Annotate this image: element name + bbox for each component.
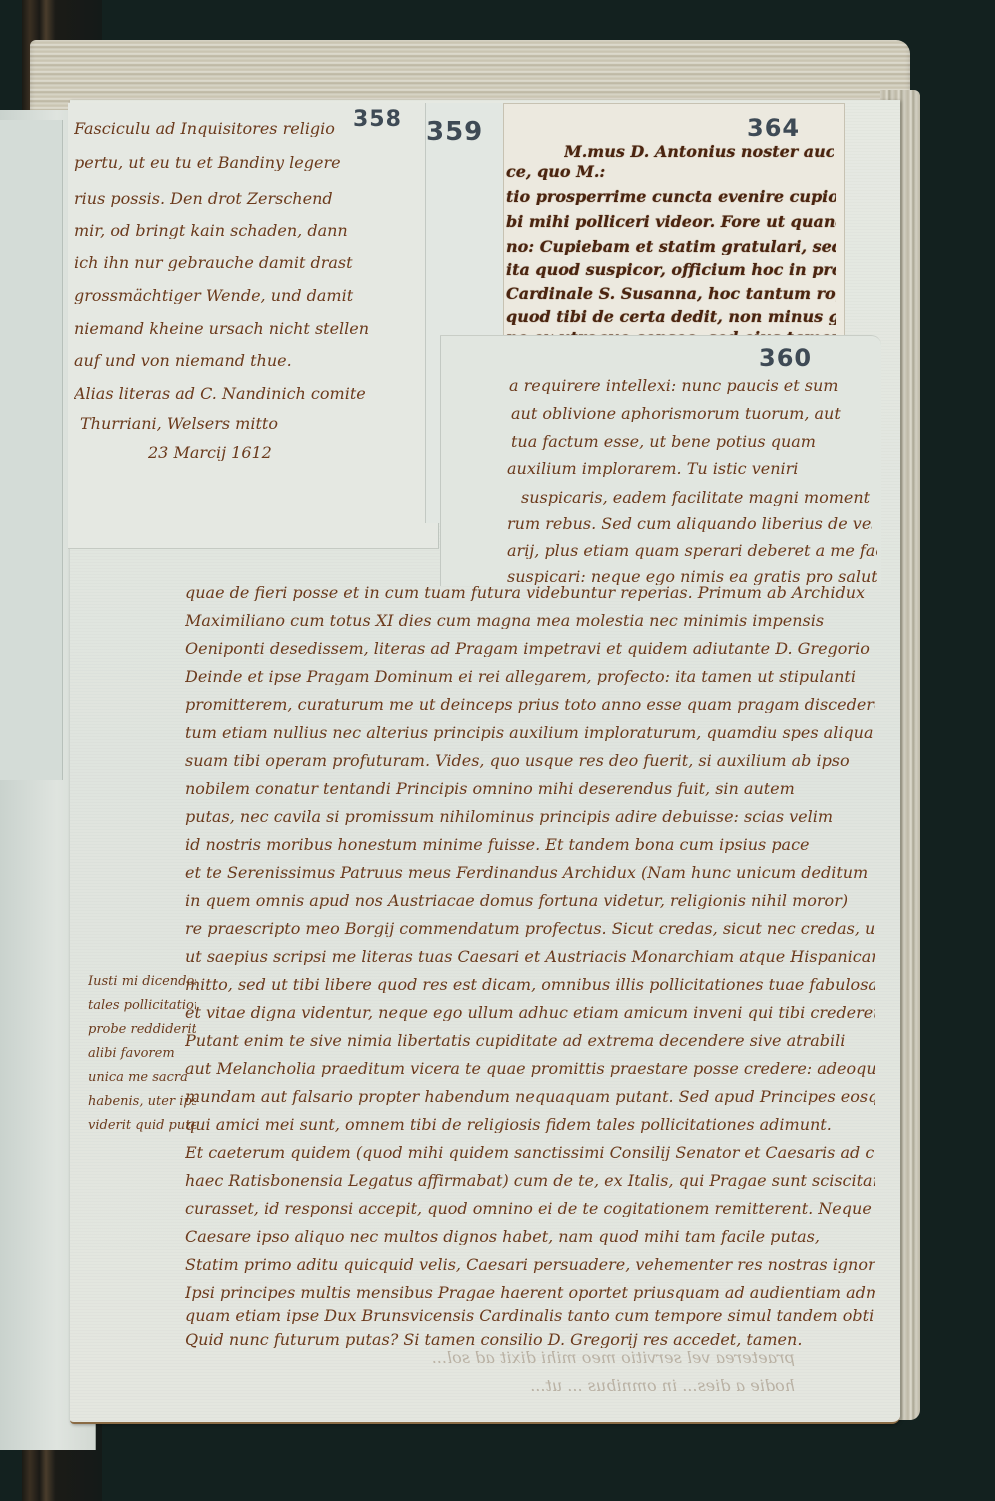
- main-text-line: aut Melancholia praeditum vicera te quae…: [185, 1061, 875, 1077]
- slip-358-line: niemand kheine ursach nicht stellen: [74, 321, 404, 337]
- bleed-through-text: praeterea vel servitio meo mihi dixit ad…: [95, 1350, 815, 1410]
- main-text-line: et vitae digna videntur, neque ego ullum…: [185, 1005, 875, 1021]
- slip-364-line: quod tibi de certa dedit, non minus gaud…: [506, 309, 836, 325]
- main-text-line: mundam aut falsario propter habendum neq…: [185, 1089, 875, 1105]
- margin-note-line: probe reddiderit. At: [88, 1023, 196, 1036]
- margin-note-line: alibi favorem: [88, 1047, 196, 1060]
- margin-note-line: Iusti mi dicendos: [88, 975, 196, 988]
- slip-364-line: tio prosperrime cuncta evenire cupio, tu…: [506, 189, 836, 205]
- left-margin-notes: Iusti mi dicendos tales pollicitationes …: [88, 975, 198, 1145]
- main-letter-text: quae de fieri posse et in cum tuam futur…: [185, 585, 885, 1305]
- slip-358: 358 Fasciculu ad Inquisitores religio pe…: [68, 103, 439, 549]
- main-text-line: nobilem conatur tentandi Principis omnin…: [185, 781, 875, 797]
- main-text-line: curasset, id responsi accepit, quod omni…: [185, 1201, 875, 1217]
- slip-360-line: rum rebus. Sed cum aliquando liberius de…: [507, 516, 872, 532]
- bleed-through-line: hodie a dies... in omnibus ... ut...: [95, 1378, 795, 1394]
- slip-358-line: mir, od bringt kain schaden, dann: [74, 223, 404, 239]
- slip-360-line: suspicaris, eadem facilitate magni momen…: [521, 490, 876, 506]
- main-text-line: Quid nunc futurum putas? Si tamen consil…: [185, 1332, 875, 1348]
- slip-358-line: grossmächtiger Wende, und damit: [74, 288, 404, 304]
- slip-358-line: ich ihn nur gebrauche damit drast: [74, 255, 404, 271]
- slip-360-line: tua factum esse, ut bene potius quam: [511, 434, 871, 450]
- slip-364-line: Cardinale S. Susanna, hoc tantum rogo,: [506, 286, 836, 302]
- main-text-line: Et caeterum quidem (quod mihi quidem san…: [185, 1145, 875, 1161]
- main-text-line: tum etiam nullius nec alterius principis…: [185, 725, 875, 741]
- main-text-line: Putant enim te sive nimia libertatis cup…: [185, 1033, 875, 1049]
- slip-360-line: aut oblivione aphorismorum tuorum, aut: [511, 406, 871, 422]
- folio-number-360: 360: [759, 344, 812, 372]
- main-letter-text-end: quam etiam ipse Dux Brunsvicensis Cardin…: [185, 1310, 885, 1350]
- slip-364-line: no: Cupiebam et statim gratulari, sed qu…: [506, 239, 836, 255]
- slip-358-line: auf und von niemand thue.: [74, 353, 404, 369]
- slip-364-line: M.mus D. Antonius noster auctis: [564, 144, 834, 160]
- slip-364-line: ita quod suspicor, officium hoc in proxi…: [506, 262, 836, 278]
- slip-358-line: rius possis. Den drot Zerschend: [74, 191, 404, 207]
- slip-358-line: Alias literas ad C. Nandinich comite: [74, 386, 404, 402]
- folio-number-364: 364: [747, 114, 800, 142]
- bleed-through-line: praeterea vel servitio meo mihi dixit ad…: [95, 1350, 795, 1366]
- main-text-line: suam tibi operam profuturam. Vides, quo …: [185, 753, 875, 769]
- main-text-line: Ipsi principes multis mensibus Pragae ha…: [185, 1285, 875, 1301]
- slip-364-line: bi mihi polliceri videor. Fore ut quando…: [506, 214, 836, 230]
- left-page-fold: [0, 120, 63, 780]
- folio-number-359: 359: [426, 117, 483, 147]
- main-text-line: in quem omnis apud nos Austriacae domus …: [185, 893, 875, 909]
- main-text-line: Oeniponti desedissem, literas ad Pragam …: [185, 641, 875, 657]
- slip-360-line: a requirere intellexi: nunc paucis et su…: [509, 378, 874, 394]
- slip-358-line: Thurriani, Welsers mitto: [80, 416, 380, 432]
- margin-note-line: habenis, uter ipse: [88, 1095, 196, 1108]
- main-text-line: Statim primo aditu quicquid velis, Caesa…: [185, 1257, 875, 1273]
- main-text-line: Deinde et ipse Pragam Dominum ei rei all…: [185, 669, 875, 685]
- margin-note-line: viderit quid putet.: [88, 1119, 196, 1132]
- slip-358-date: 23 Marcij 1612: [148, 445, 348, 461]
- main-text-line: quam etiam ipse Dux Brunsvicensis Cardin…: [185, 1308, 875, 1324]
- main-text-line: promitterem, curaturum me ut deinceps pr…: [185, 697, 875, 713]
- margin-note-line: unica me sacra: [88, 1071, 196, 1084]
- margin-note-line: tales pollicitationes: [88, 999, 196, 1012]
- slip-360-line: suspicari: neque ego nimis ea gratis pro…: [507, 569, 877, 585]
- main-text-line: mitto, sed ut tibi libere quod res est d…: [185, 977, 875, 993]
- main-text-line: ut saepius scripsi me literas tuas Caesa…: [185, 949, 875, 965]
- main-text-line: re praescripto meo Borgij commendatum pr…: [185, 921, 875, 937]
- main-text-line: haec Ratisbonensia Legatus affirmabat) c…: [185, 1173, 875, 1189]
- main-text-line: Maximiliano cum totus XI dies cum magna …: [185, 613, 875, 629]
- slip-360-line: auxilium implorarem. Tu istic veniri: [507, 461, 867, 477]
- main-text-line: et te Serenissimus Patruus meus Ferdinan…: [185, 865, 875, 881]
- slip-360-line: arij, plus etiam quam sperari deberet a …: [507, 543, 877, 559]
- main-text-line: quae de fieri posse et in cum tuam futur…: [185, 585, 875, 601]
- main-text-line: Caesare ipso aliquo nec multos dignos ha…: [185, 1229, 875, 1245]
- main-text-line: putas, nec cavila si promissum nihilomin…: [185, 809, 875, 825]
- slip-364: 364 M.mus D. Antonius noster auctis ce, …: [503, 103, 845, 337]
- slip-358-line: pertu, ut eu tu et Bandiny legere: [74, 155, 404, 171]
- main-text-line: qui amici mei sunt, omnem tibi de religi…: [185, 1117, 875, 1133]
- slip-360: 360 a requirere intellexi: nunc paucis e…: [440, 335, 881, 586]
- slip-358-line: Fasciculu ad Inquisitores religio: [74, 121, 364, 137]
- slip-364-line: ce, quo M.:: [506, 164, 626, 180]
- main-text-line: id nostris moribus honestum minime fuiss…: [185, 837, 875, 853]
